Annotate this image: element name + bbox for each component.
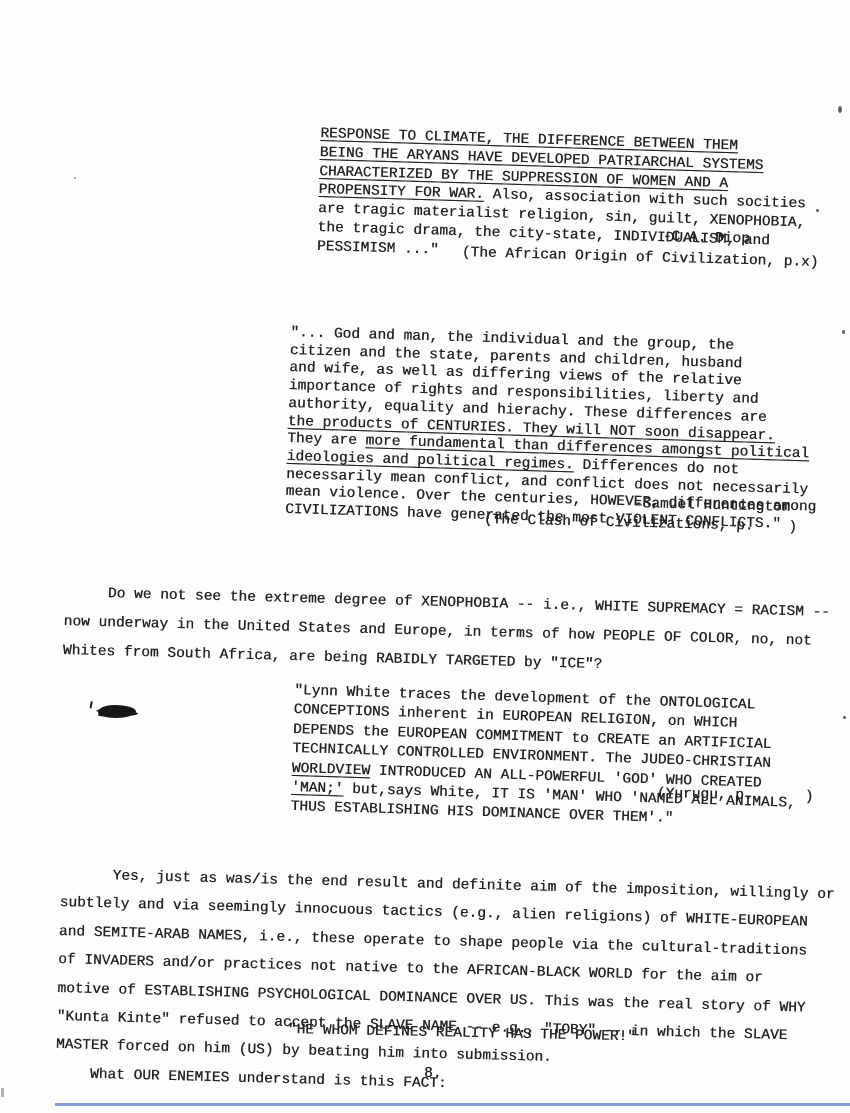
text-segment: PESSIMISM ..." [317,239,439,259]
scan-speck [1,1088,4,1097]
ink-scribble [98,705,136,719]
underlined-text-segment: 'MAN;' [291,780,344,798]
quote-huntington: "... God and man, the individual and the… [285,277,823,535]
scan-speck [838,106,842,113]
quote-yurugu: "Lynn White traces the development of th… [290,634,800,834]
underlined-text-segment: WORLDVIEW [292,761,371,779]
scan-speck [842,330,845,334]
source-yurugu: (Yurugu, p. ) [657,786,814,805]
scan-edge-line [55,1103,850,1106]
scan-speck [816,209,819,212]
scan-speck [843,716,846,719]
scan-speck [74,177,76,179]
text-segment: What OUR ENEMIES understand is this FACT… [55,1066,447,1092]
scan-speck [478,1051,481,1053]
attribution-diop: -C.A. Diop [663,229,750,247]
text-segment: They are [287,431,366,449]
paragraph-imposition: Yes, just as was/is the end result and d… [55,813,836,1108]
page-number: 8. [424,1066,441,1082]
document-page: RESPONSE TO CLIMATE, THE DIFFERENCE BETW… [0,0,850,1113]
